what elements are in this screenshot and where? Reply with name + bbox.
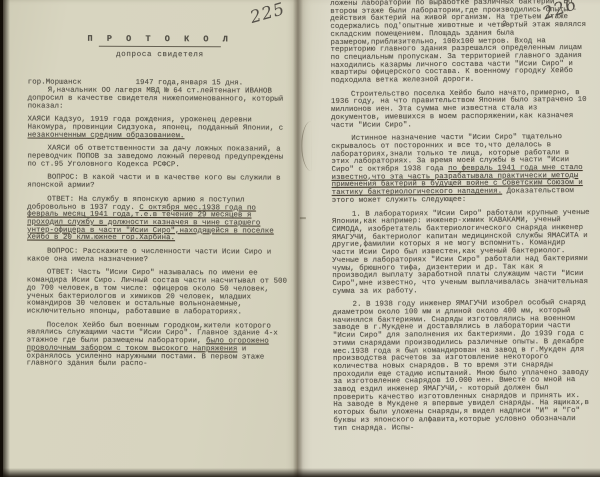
margin-pencil-dash <box>300 217 306 219</box>
paragraph-answer-2: ОТВЕТ: Часть "Исии Сиро" называлась по и… <box>27 270 291 317</box>
paragraph-item-2-shell: 2. В 1938 году инженер ЯМАГУЧИ изобрел о… <box>332 300 592 433</box>
protocol-title: П Р О Т О К О Л <box>28 35 292 44</box>
margin-pencil-mark <box>301 121 311 171</box>
document-scan: 225 П Р О Т О К О Л допроса свидетеля го… <box>0 0 600 477</box>
paragraph-witness-identity: ХАЯСИ Кадзуо, 1919 года рождения, урожен… <box>27 117 291 141</box>
paragraph-true-purpose: Истинное назначение части "Исии Сиро" тщ… <box>331 134 591 205</box>
paragraph-question-1: ВОПРОС: В какой части и в качестве кого … <box>27 175 291 192</box>
left-text-column: П Р О Т О К О Л допроса свидетеля гор.Мо… <box>26 0 292 376</box>
page-right-content: 226 2. ложены лаборатории по выработке р… <box>296 0 600 477</box>
witness-identity-plain: ХАЯСИ Кадзуо, 1919 года рождения, урожен… <box>27 116 283 133</box>
witness-identity-underlined: незаконченным средним образованием. <box>27 131 184 140</box>
page-right: 226 2. ложены лаборатории по выработке р… <box>298 0 600 477</box>
paragraph-laboratories-continuation: ложены лаборатории по выработке различны… <box>330 0 590 86</box>
paragraph-heibo-construction: Строительство поселка Хейбо было начато,… <box>331 90 590 131</box>
right-text-column: ложены лаборатории по выработке различны… <box>330 0 592 439</box>
paragraph-heibo-settlement: Поселок Хейбо был военным городком,жител… <box>26 322 290 369</box>
protocol-subtitle: допроса свидетеля <box>28 51 292 60</box>
paragraph-answer-1: ОТВЕТ: На службу в японскую армию я пост… <box>27 196 291 243</box>
paragraph-question-2: ВОПРОС: Расскажите о численности части И… <box>27 249 291 266</box>
title-underline <box>99 45 221 47</box>
page-left: 225 П Р О Т О К О Л допроса свидетеля го… <box>3 0 298 477</box>
page-left-content: 225 П Р О Т О К О Л допроса свидетеля го… <box>2 0 299 477</box>
paragraph-liability-warning: ХАЯСИ об ответственности за дачу ложных … <box>27 146 291 170</box>
paragraph-item-1-scientists: 1. В лабораториях "Исии Сиро" работали к… <box>332 209 592 296</box>
paragraph-interrogator-intro: Я,начальник ОО лагеря МВД № 64 ст.лейтен… <box>28 88 292 112</box>
